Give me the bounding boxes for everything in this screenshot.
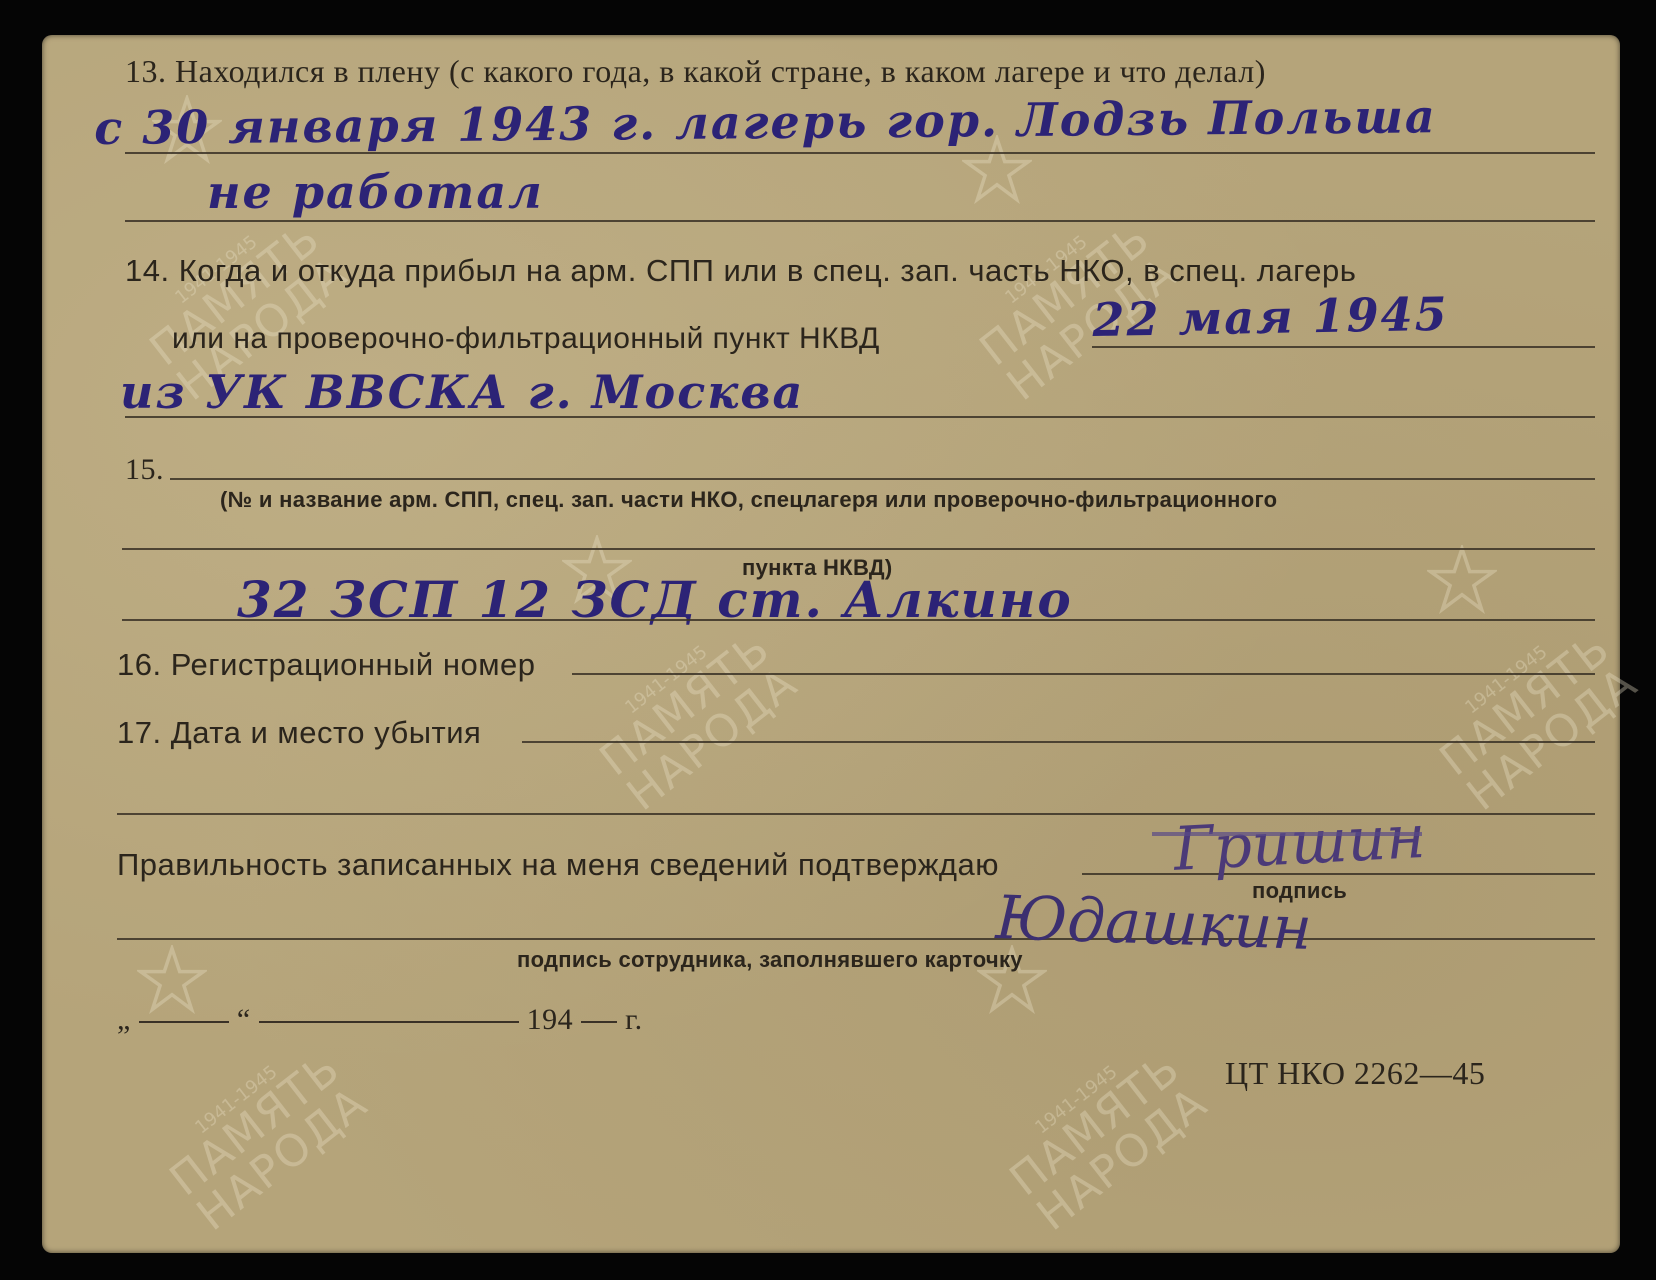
watermark-star-icon: [1427, 545, 1497, 615]
archival-card: 1941-1945 ПАМЯТЬ НАРОДА 1941-1945 ПАМЯТЬ…: [42, 35, 1620, 1253]
item16-value-field: [572, 673, 1595, 675]
signature-flourish: [1152, 832, 1422, 836]
date-close-quote: “: [237, 1003, 251, 1036]
item14-handwritten-origin: из УК ВВСКА г. Москва: [120, 365, 804, 419]
confirmation-label: Правильность записанных на меня сведений…: [117, 847, 999, 883]
item17-label: 17. Дата и место убытия: [117, 715, 481, 751]
employee-signature: Юдашкин: [995, 883, 1313, 964]
employee-signature-rule: [117, 938, 1595, 940]
item13-handwritten-line2: не работал: [207, 165, 544, 219]
item14-label-line1: 14. Когда и откуда прибыл на арм. СПП ил…: [125, 253, 1356, 289]
watermark-text: 1941-1945 ПАМЯТЬ НАРОДА: [152, 1031, 376, 1238]
date-open-quote: „: [117, 1003, 131, 1036]
watermark-text: 1941-1945 ПАМЯТЬ НАРОДА: [992, 1031, 1216, 1238]
item13-label: 13. Находился в плену (с какого года, в …: [125, 53, 1266, 90]
item15-number: 15.: [125, 453, 164, 487]
item14-label-line2: или на проверочно-фильтрационный пункт Н…: [172, 322, 880, 356]
year-field: [581, 1021, 617, 1023]
form-code: ЦТ НКО 2262—45: [1225, 1055, 1485, 1092]
item13-rule-1: [125, 152, 1595, 154]
watermark-text: 1941-1945 ПАМЯТЬ НАРОДА: [582, 611, 806, 818]
item15-rule-3: [122, 619, 1595, 621]
item13-handwritten-line1: с 30 января 1943 г. лагерь гор. Лодзь По…: [94, 89, 1437, 155]
year-suffix: г.: [625, 1003, 642, 1036]
item14-date-rule: [1092, 346, 1595, 348]
month-field: [259, 1021, 519, 1023]
item15-caption-line1: (№ и название арм. СПП, спец. зап. части…: [220, 487, 1277, 513]
item15-rule-1: [170, 478, 1595, 480]
year-prefix: 194: [527, 1003, 574, 1036]
confirmation-signature: Гришин: [1172, 802, 1427, 885]
item13-rule-2: [125, 220, 1595, 222]
watermark-text: 1941-1945 ПАМЯТЬ НАРОДА: [1422, 611, 1646, 818]
item14-rule: [125, 416, 1595, 418]
date-line: „ “ 194 г.: [117, 1003, 747, 1037]
item16-label: 16. Регистрационный номер: [117, 647, 535, 683]
item17-value-field: [522, 741, 1595, 743]
employee-signature-caption: подпись сотрудника, заполнявшего карточк…: [517, 947, 1023, 973]
item14-handwritten-date: 22 мая 1945: [1092, 287, 1449, 347]
item15-rule-2: [122, 548, 1595, 550]
day-field: [139, 1021, 229, 1023]
